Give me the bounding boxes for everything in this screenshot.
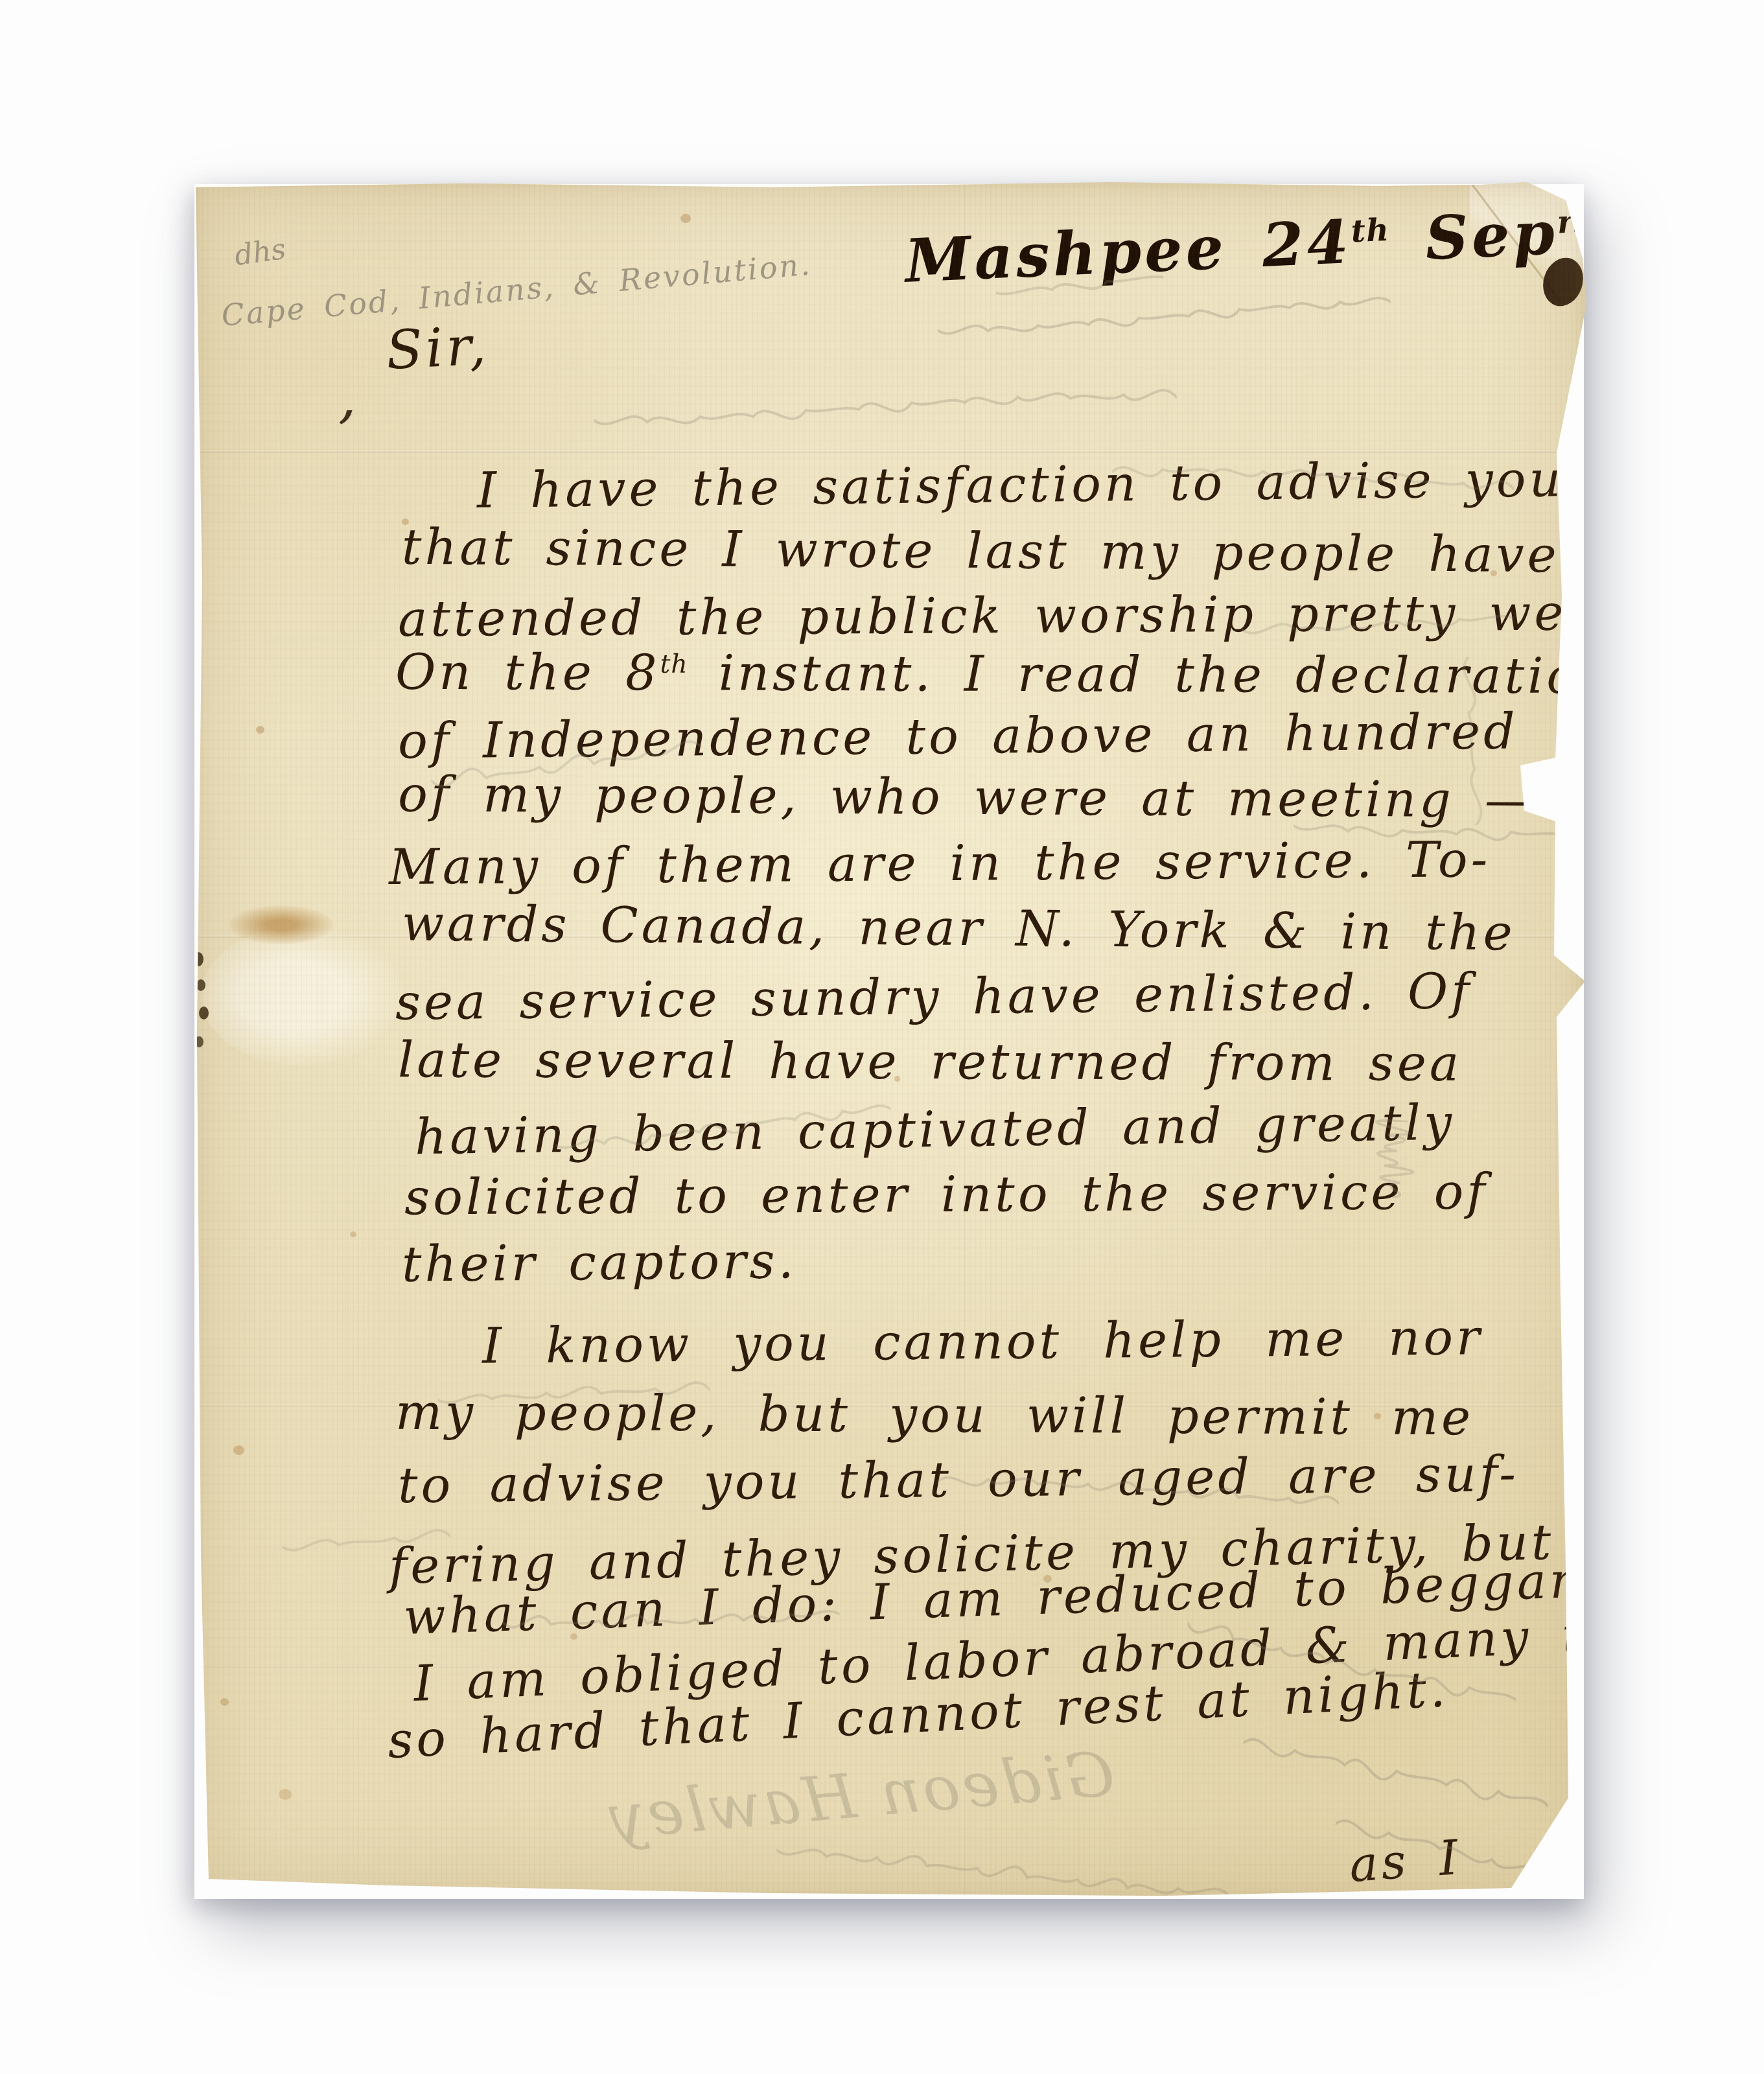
- letter-line: my people, but you will permit me: [395, 1388, 1474, 1443]
- bleedthrough-squiggle: [593, 365, 1178, 450]
- letter-line: that since I wrote last my people have: [402, 522, 1560, 579]
- letter-line: On the 8th instant. I read the declarati…: [395, 647, 1614, 701]
- bleedthrough-signature: Gideon Hawley: [605, 1743, 1117, 1849]
- letter-line: I know you cannot help me nor: [482, 1312, 1483, 1370]
- salutation: Sir,: [385, 320, 491, 378]
- dateline: Mashpee 24th Sepr. 1776: [904, 192, 1764, 291]
- pencil-annotation-line2: Cape Cod, Indians, & Revolution.: [220, 249, 813, 330]
- seal-stain: [229, 905, 333, 944]
- pencil-annotation-line1: dhs: [233, 235, 287, 271]
- foxing-spot: [680, 214, 691, 223]
- bleedthrough-squiggle: [773, 1824, 1231, 1934]
- fold-crease-vertical: [343, 181, 346, 1902]
- letter-line: to advise you that our aged are suf-: [398, 1449, 1520, 1510]
- dateline-month: Sep: [1388, 198, 1559, 275]
- letter-line: of my people, who were at meeting —: [398, 769, 1537, 824]
- letter-line: sea service sundry have enlisted. Of: [395, 966, 1473, 1027]
- foxing-spot: [279, 1789, 292, 1800]
- dateline-place-day: Mashpee 24: [903, 207, 1353, 296]
- letter-line: having been captivated and greatly: [415, 1098, 1456, 1161]
- foxing-spot: [256, 726, 264, 734]
- dateline-day-superscript: th: [1351, 212, 1390, 250]
- letter-line: their captors.: [402, 1236, 797, 1288]
- letter-line: Many of them are in the service. To-: [389, 835, 1491, 892]
- seal-ink-residue: [196, 979, 205, 991]
- letter-line: late several have returned from sea: [398, 1035, 1462, 1088]
- letter-line-part: instant. I read the declaration: [688, 644, 1615, 705]
- foxing-spot: [233, 1445, 244, 1455]
- letter-line: attended the publick worship pretty well…: [398, 588, 1624, 644]
- letter-line-superscript: th: [660, 649, 688, 679]
- letter-line: I have the satisfaction to advise you: [477, 454, 1564, 515]
- catchword: as I: [1348, 1834, 1463, 1889]
- seal-repair-patch: [201, 926, 402, 1066]
- scanned-letter-page: dhs Cape Cod, Indians, & Revolution. Mas…: [0, 0, 1764, 2074]
- foxing-spot: [220, 1698, 229, 1706]
- letter-line: of Independence to above an hundred: [398, 706, 1518, 765]
- dateline-year: 1776: [1582, 187, 1764, 266]
- seal-ink-residue: [199, 1007, 209, 1020]
- foxing-spot: [350, 1231, 356, 1237]
- letter-paper: dhs Cape Cod, Indians, & Revolution. Mas…: [192, 181, 1586, 1902]
- letter-line-part: On the 8: [395, 643, 660, 701]
- letter-line: wards Canada, near N. York & in the: [402, 899, 1516, 958]
- letter-line: solicited to enter into the service of: [404, 1167, 1489, 1222]
- salutation-stray-mark: ,: [338, 369, 360, 426]
